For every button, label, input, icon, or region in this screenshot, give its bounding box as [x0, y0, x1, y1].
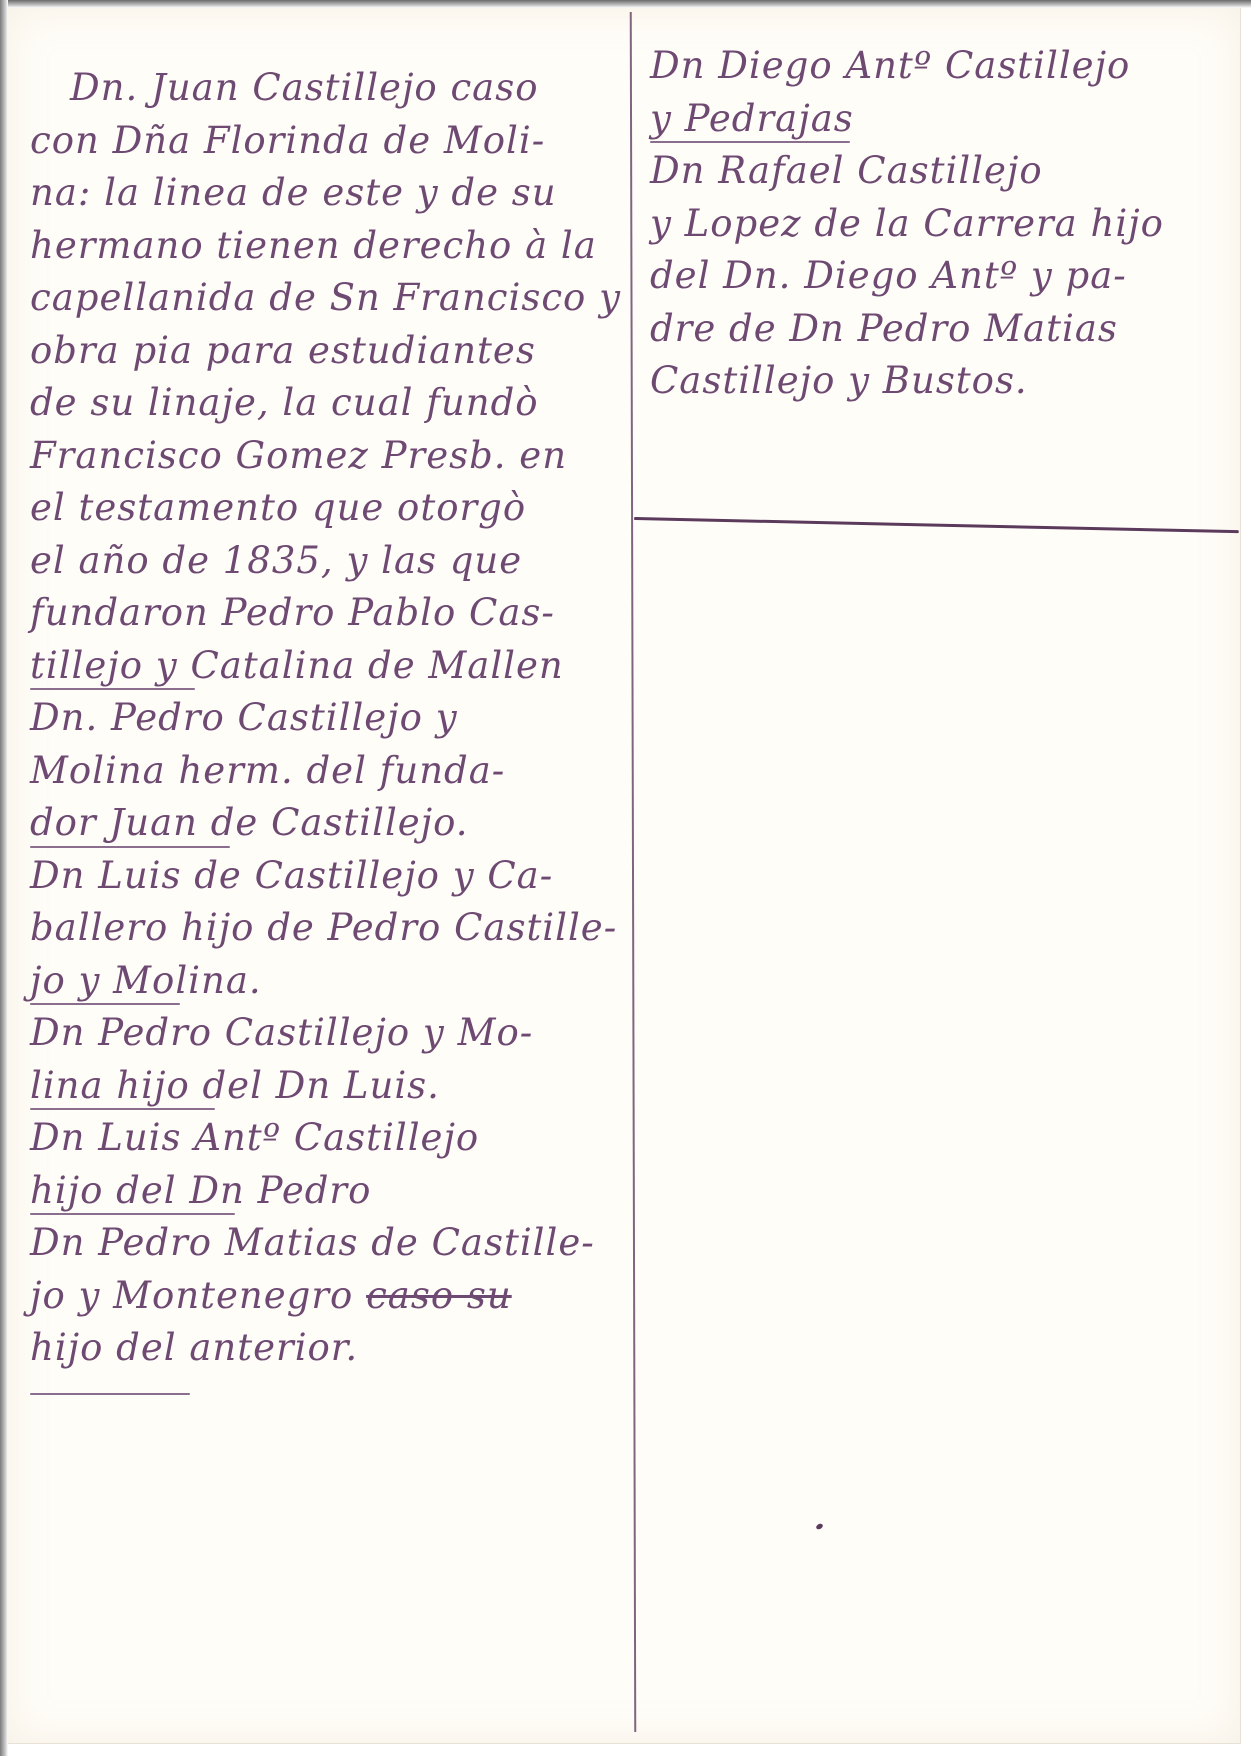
- text-line: Dn Pedro Matias de Castille-: [30, 1217, 622, 1270]
- scan-edge-top: [0, 0, 1251, 8]
- text-line: hermano tienen derecho à la: [30, 220, 622, 273]
- text-line: obra pia para estudiantes: [30, 325, 622, 378]
- entry-diego-antonio-castillejo: Dn Diego Antº Castillejo y Pedrajas: [650, 40, 1235, 143]
- scan-edge-left: [0, 0, 8, 1756]
- text-line: Dn. Pedro Castillejo y: [30, 692, 622, 745]
- text-line: Dn Rafael Castillejo: [650, 145, 1235, 198]
- left-column: Dn. Juan Castillejo caso con Dña Florind…: [30, 62, 622, 1397]
- text-line: na: la linea de este y de su: [30, 167, 622, 220]
- text-line: el año de 1835, y las que: [30, 535, 622, 588]
- text-line: con Dña Florinda de Moli-: [30, 115, 622, 168]
- text-line: jo y Montenegro caso su: [30, 1270, 622, 1323]
- text-line: capellanida de Sn Francisco y: [30, 272, 622, 325]
- entry-separator: [30, 846, 230, 848]
- text-line: jo y Molina.: [30, 955, 622, 1008]
- entry-juan-castillejo: Dn. Juan Castillejo caso con Dña Florind…: [30, 62, 622, 690]
- entry-separator: [650, 141, 850, 143]
- text-line: Dn Diego Antº Castillejo: [650, 40, 1235, 93]
- entry-pedro-matias-castillejo-montenegro: Dn Pedro Matias de Castille- jo y Monten…: [30, 1217, 622, 1395]
- right-column: Dn Diego Antº Castillejo y Pedrajas Dn R…: [650, 40, 1235, 408]
- text-line: ballero hijo de Pedro Castille-: [30, 902, 622, 955]
- text-line: y Lopez de la Carrera hijo: [650, 198, 1235, 251]
- entry-separator: [30, 688, 195, 690]
- text-line: lina hijo del Dn Luis.: [30, 1060, 622, 1113]
- text-line: el testamento que otorgò: [30, 482, 622, 535]
- text-line: de su linaje, la cual fundò: [30, 377, 622, 430]
- entry-separator: [30, 1108, 215, 1110]
- entry-luis-antonio-castillejo: Dn Luis Antº Castillejo hijo del Dn Pedr…: [30, 1112, 622, 1215]
- text-line: Molina herm. del funda-: [30, 745, 622, 798]
- text-line: Dn Pedro Castillejo y Mo-: [30, 1007, 622, 1060]
- text-line: hijo del Dn Pedro: [30, 1165, 622, 1218]
- entry-separator: [30, 1003, 180, 1005]
- entry-separator: [30, 1213, 235, 1215]
- entry-pedro-castillejo-molina: Dn. Pedro Castillejo y Molina herm. del …: [30, 692, 622, 848]
- text-line: Dn Luis de Castillejo y Ca-: [30, 850, 622, 903]
- text-line: Francisco Gomez Presb. en: [30, 430, 622, 483]
- text-line: dor Juan de Castillejo.: [30, 797, 622, 850]
- entry-luis-castillejo-caballero: Dn Luis de Castillejo y Ca- ballero hijo…: [30, 850, 622, 1006]
- text-line: Dn Luis Antº Castillejo: [30, 1112, 622, 1165]
- text-line: hijo del anterior.: [30, 1322, 622, 1375]
- text-line: y Pedrajas: [650, 93, 1235, 146]
- text-line: fundaron Pedro Pablo Cas-: [30, 587, 622, 640]
- entry-rafael-castillejo: Dn Rafael Castillejo y Lopez de la Carre…: [650, 145, 1235, 408]
- struck-out-text: caso su: [366, 1274, 512, 1317]
- entry-pedro-castillejo-hijo-luis: Dn Pedro Castillejo y Mo- lina hijo del …: [30, 1007, 622, 1110]
- text-fragment: jo y Montenegro: [30, 1274, 353, 1317]
- text-line: del Dn. Diego Antº y pa-: [650, 250, 1235, 303]
- text-line: tillejo y Catalina de Mallen: [30, 640, 622, 693]
- entry-separator: [30, 1393, 190, 1395]
- text-line: Dn. Juan Castillejo caso: [30, 62, 622, 115]
- text-line: dre de Dn Pedro Matias: [650, 303, 1235, 356]
- text-line: Castillejo y Bustos.: [650, 355, 1235, 408]
